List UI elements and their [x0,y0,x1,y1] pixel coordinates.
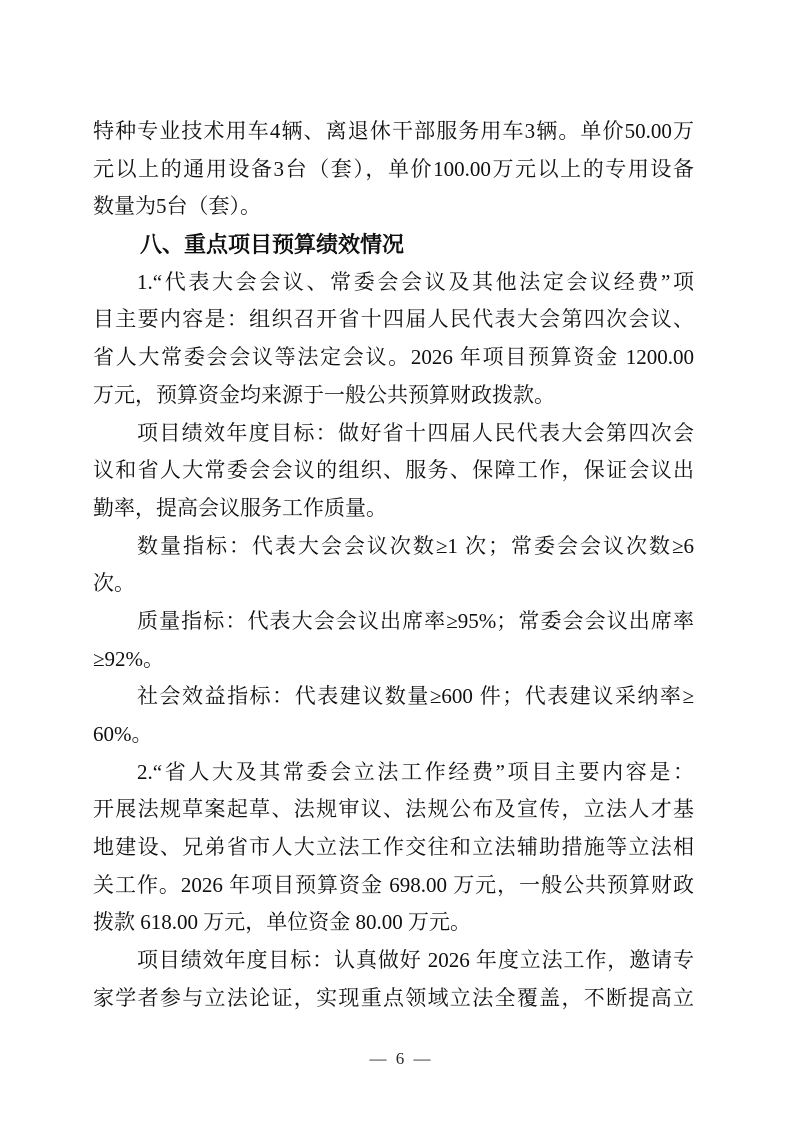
text-line: 特种专业技术用车4辆、离退休干部服务用车3辆。单价50.00万 [93,113,694,151]
text-line: 目主要内容是：组织召开省十四届人民代表大会第四次会议、 [93,301,694,339]
text-line: 地建设、兄弟省市人大立法工作交往和立法辅助措施等立法相 [93,829,694,867]
text-line: 数量指标：代表大会会议次数≥1 次；常委会会议次数≥6 [93,528,694,566]
text-line: 开展法规草案起草、法规审议、法规公布及宣传，立法人才基 [93,791,694,829]
text-line: 项目绩效年度目标：做好省十四届人民代表大会第四次会 [93,415,694,453]
text-line: 省人大常委会会议等法定会议。2026 年项目预算资金 1200.00 [93,339,694,377]
text-line: 万元，预算资金均来源于一般公共预算财政拨款。 [93,377,694,415]
text-line: 质量指标：代表大会会议出席率≥95%；常委会会议出席率 [93,603,694,641]
text-line: 60%。 [93,716,694,754]
document-page: 特种专业技术用车4辆、离退休干部服务用车3辆。单价50.00万 元以上的通用设备… [0,0,800,1131]
text-line: ≥92%。 [93,641,694,679]
text-line: 2.“省人大及其常委会立法工作经费”项目主要内容是： [93,754,694,792]
text-line: 勤率，提高会议服务工作质量。 [93,490,694,528]
document-body: 特种专业技术用车4辆、离退休干部服务用车3辆。单价50.00万 元以上的通用设备… [93,113,694,1018]
text-line: 家学者参与立法论证，实现重点领域立法全覆盖，不断提高立 [93,980,694,1018]
text-line: 议和省人大常委会会议的组织、服务、保障工作，保证会议出 [93,452,694,490]
text-line: 项目绩效年度目标：认真做好 2026 年度立法工作，邀请专 [93,942,694,980]
text-line: 元以上的通用设备3台（套），单价100.00万元以上的专用设备 [93,151,694,189]
text-line: 数量为5台（套）。 [93,188,694,226]
text-line: 拨款 618.00 万元，单位资金 80.00 万元。 [93,904,694,942]
text-line: 关工作。2026 年项目预算资金 698.00 万元，一般公共预算财政 [93,867,694,905]
text-line: 社会效益指标：代表建议数量≥600 件；代表建议采纳率≥ [93,678,694,716]
page-number: — 6 — [0,1047,800,1071]
text-line: 1.“代表大会会议、常委会会议及其他法定会议经费”项 [93,264,694,302]
text-line: 次。 [93,565,694,603]
section-heading: 八、重点项目预算绩效情况 [93,226,694,264]
